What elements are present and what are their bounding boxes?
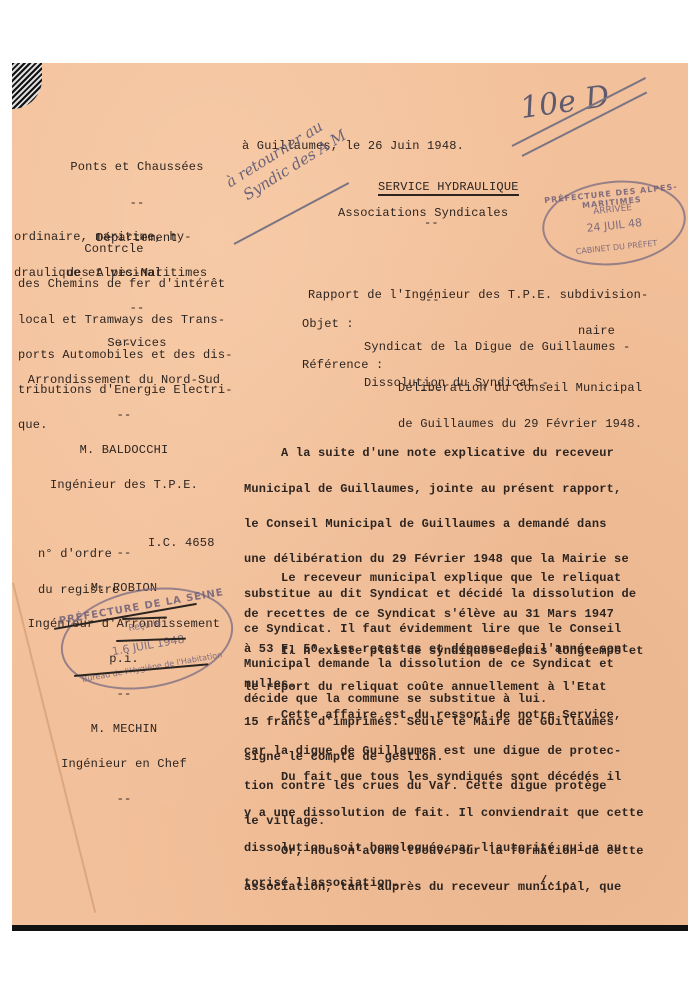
- administration: Ponts et Chaussées: [32, 162, 242, 174]
- continuation-mark: /....: [540, 876, 577, 888]
- engineer-3-name: M. MECHIN: [14, 724, 234, 736]
- scan-edge-shadow-bottom: [12, 925, 688, 931]
- reference-label: Référence :: [302, 360, 383, 372]
- objet-label: Objet :: [302, 319, 354, 331]
- service-title: SERVICE HYDRAULIQUE: [378, 182, 519, 194]
- registry-number: I.C. 4658: [148, 538, 215, 550]
- engineer-1-name: M. BALDOCCHI: [14, 445, 234, 457]
- paragraph-6: Or, nous n'avons trouvé sur la formation…: [244, 823, 644, 917]
- document-page: Ponts et Chaussées -- Département des Al…: [12, 63, 688, 927]
- prefecture-alpes-maritimes-stamp: PRÉFECTURE DES ALPES-MARITIMES ARRIVÉE 2…: [538, 174, 688, 273]
- paper-clip-corner: [12, 63, 42, 109]
